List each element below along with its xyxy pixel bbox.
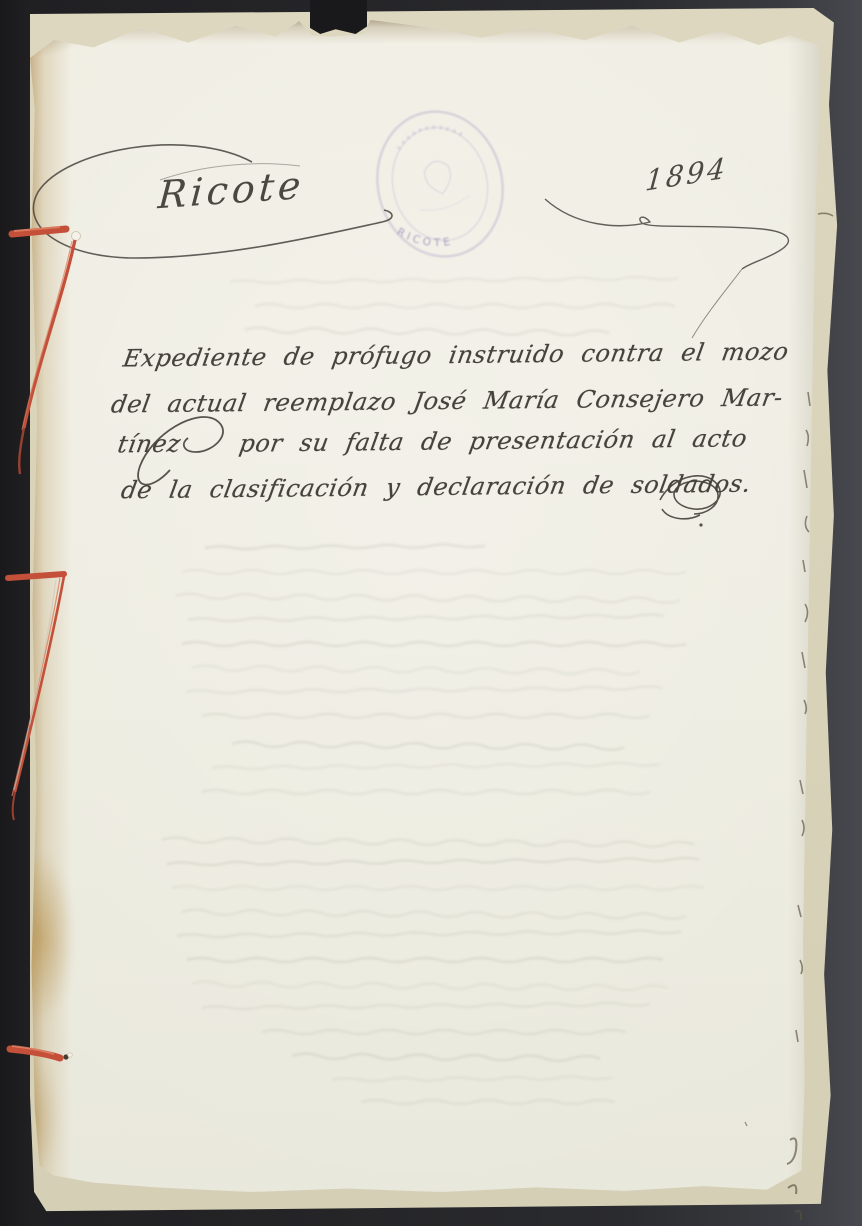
binding-gap [310, 0, 367, 34]
body-line-3-start: tínez [116, 430, 183, 459]
document-page [30, 14, 822, 1204]
body-line-3-end: por su falta de presentación al acto [237, 424, 749, 457]
archival-scan: { "document": { "kind": "handwritten arc… [0, 0, 862, 1226]
